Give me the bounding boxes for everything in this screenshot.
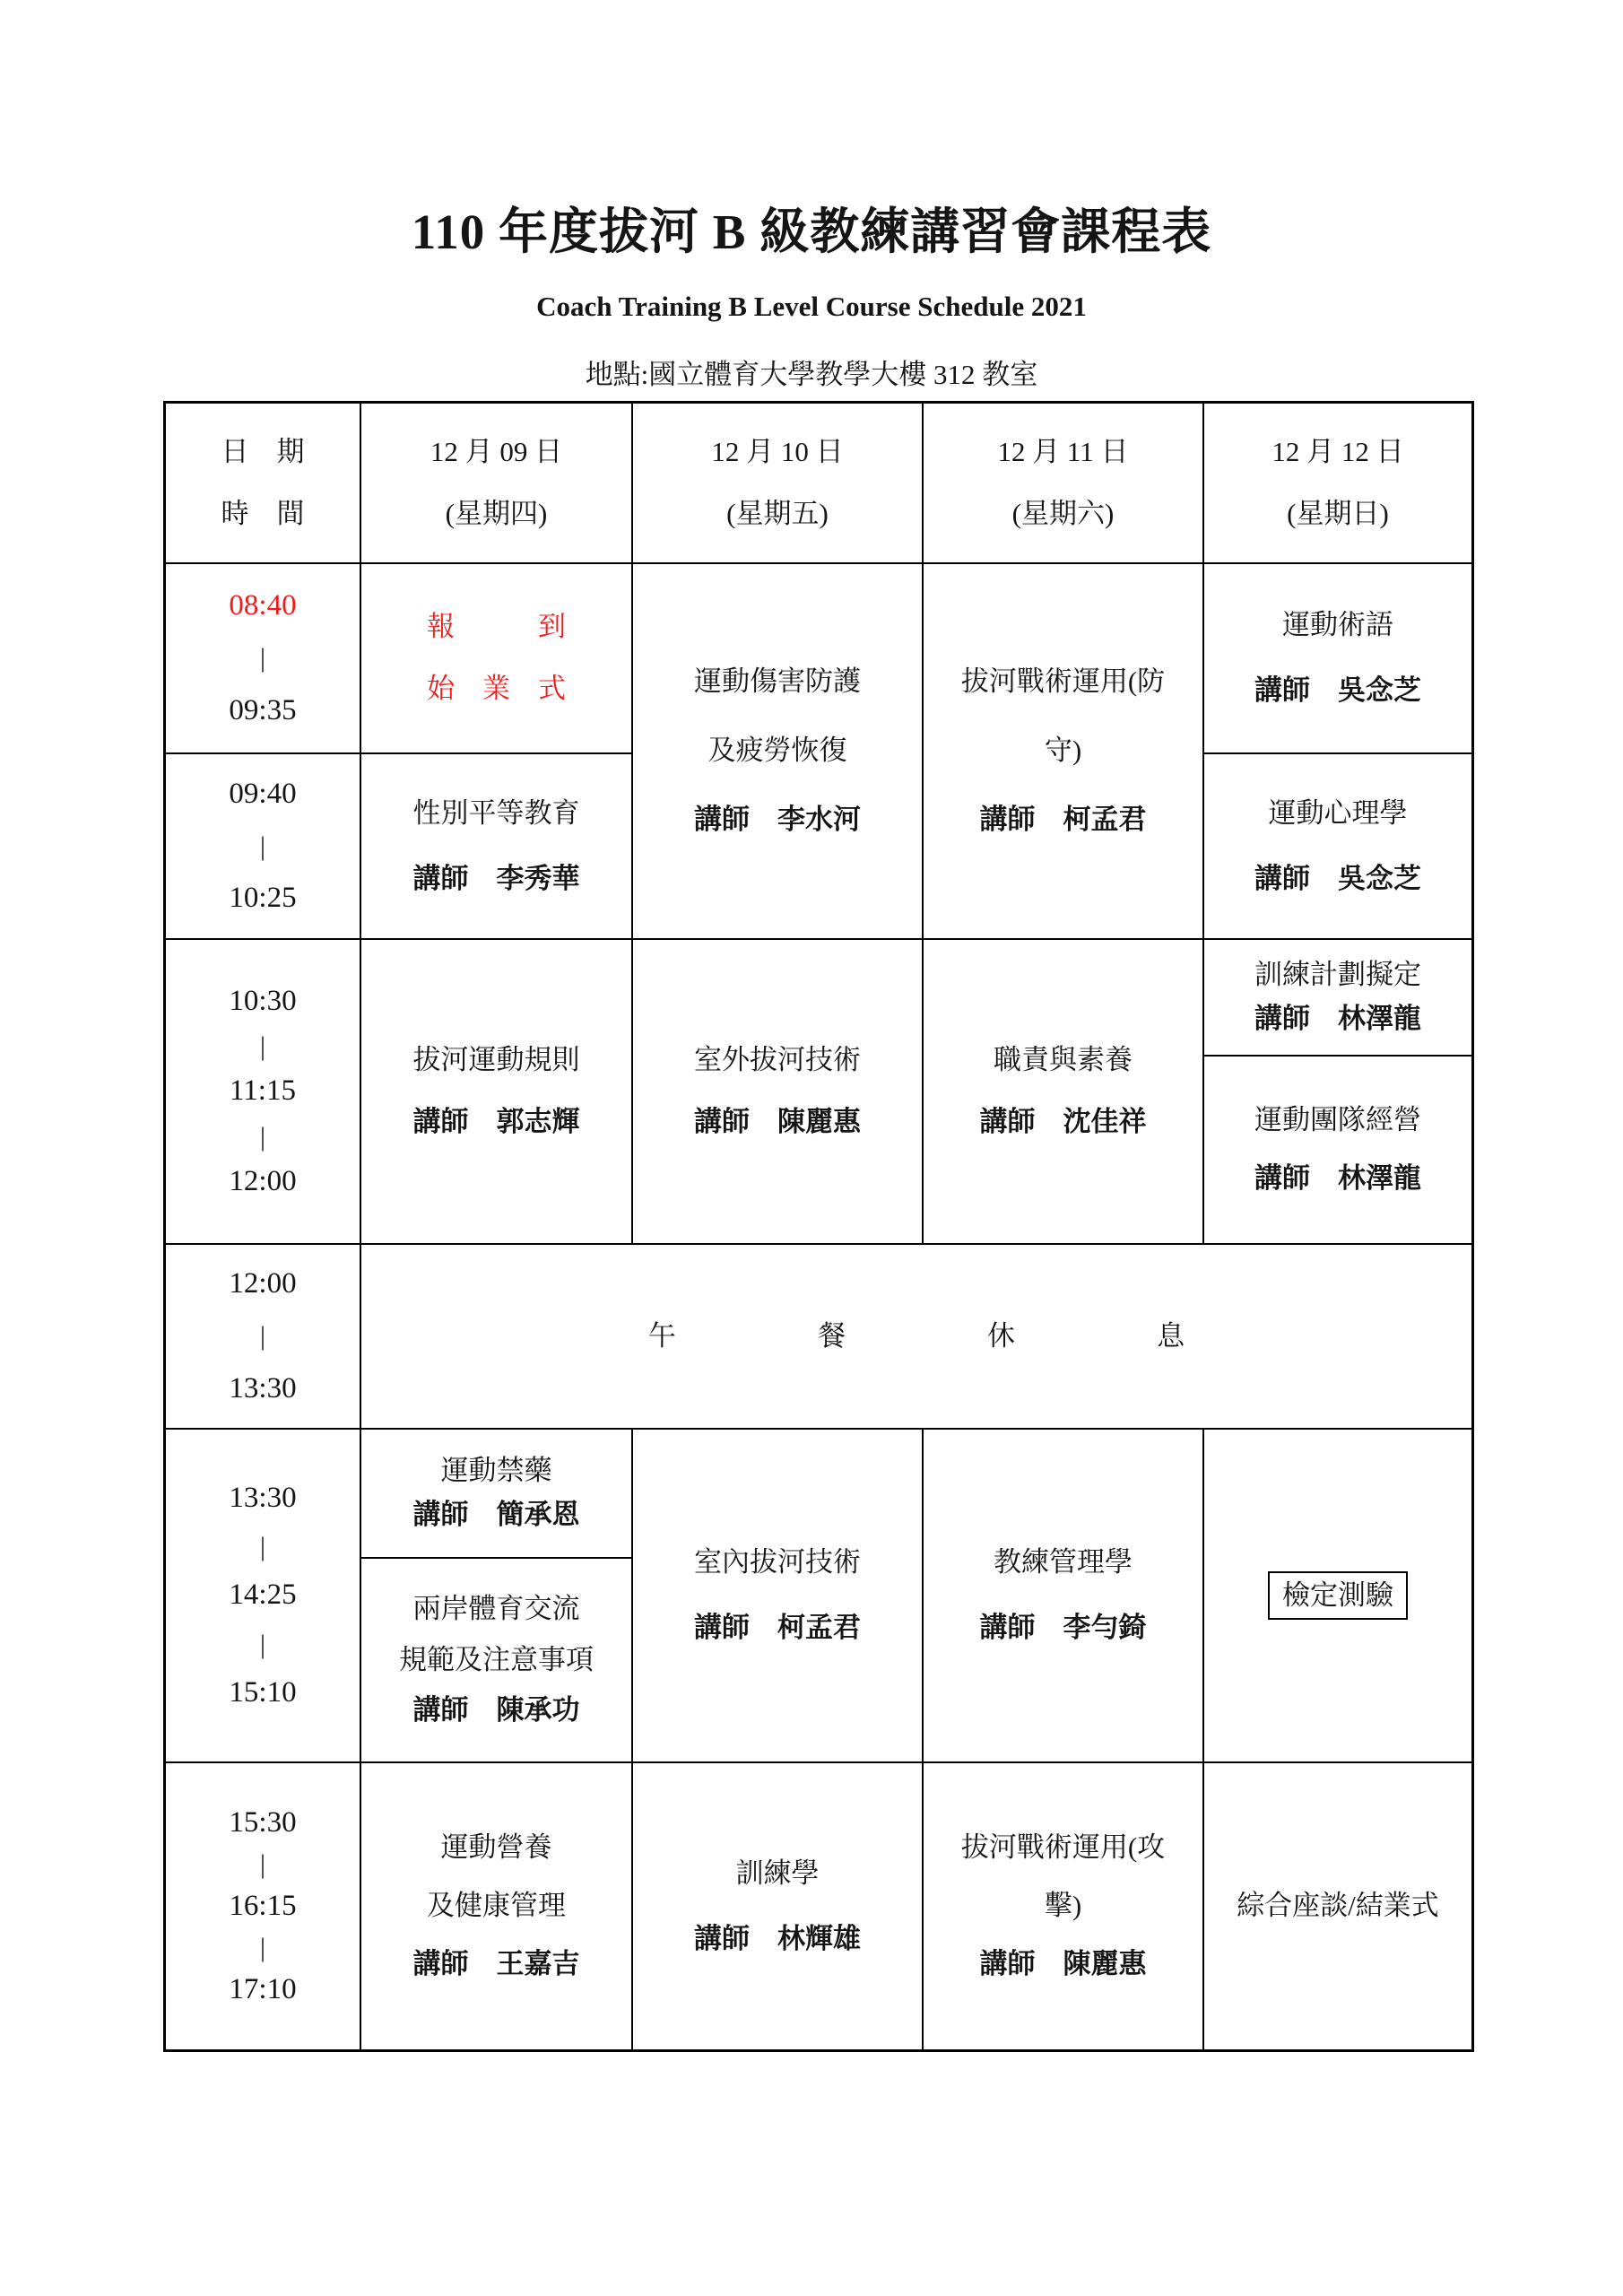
time-0840-0935: 08:40 | 09:35 bbox=[166, 564, 361, 754]
opening-ceremony-line: 始 業 式 bbox=[427, 672, 566, 707]
time-start: 13:30 bbox=[229, 1480, 296, 1517]
lecturer-name: 講師 吳念芝 bbox=[1254, 862, 1421, 897]
course-title: 守) bbox=[1045, 734, 1081, 769]
lecturer-name: 講師 林輝雄 bbox=[694, 1922, 861, 1957]
cell-lunch-break: 午餐休息 bbox=[361, 1245, 1471, 1430]
page-subtitle: Coach Training B Level Course Schedule 2… bbox=[0, 291, 1623, 323]
header-date-label: 日 期 bbox=[221, 435, 305, 470]
time-0940-1025: 09:40 | 10:25 bbox=[166, 754, 361, 940]
course-title: 室外拔河技術 bbox=[694, 1043, 861, 1078]
lecturer-name: 講師 李秀華 bbox=[413, 862, 580, 897]
time-separator-bar: | bbox=[260, 1934, 265, 1962]
header-day-weekday: (星期五) bbox=[726, 497, 829, 532]
certification-test-box: 檢定測驗 bbox=[1268, 1571, 1408, 1621]
course-title: 職責與素養 bbox=[994, 1043, 1133, 1078]
cell-sports-terminology: 運動術語 講師 吳念芝 bbox=[1204, 564, 1471, 754]
cell-indoor-technique: 室內拔河技術 講師 柯孟君 bbox=[633, 1430, 924, 1763]
course-title: 拔河戰術運用(防 bbox=[961, 665, 1165, 700]
lecturer-name: 講師 林澤龍 bbox=[1254, 1002, 1421, 1037]
time-separator-bar: | bbox=[260, 832, 265, 861]
time-1530-1710: 15:30 | 16:15 | 17:10 bbox=[166, 1763, 361, 2049]
closing-ceremony-label: 綜合座談/結業式 bbox=[1237, 1889, 1439, 1924]
schedule-table: 日 期 時 間 12 月 09 日 (星期四) 12 月 10 日 (星期五) … bbox=[163, 401, 1474, 2052]
cell-coach-management: 教練管理學 講師 李勻錡 bbox=[924, 1430, 1204, 1763]
header-day-dec10: 12 月 10 日 (星期五) bbox=[633, 404, 924, 564]
course-title: 擊) bbox=[1045, 1889, 1081, 1924]
lunch-break-label: 午餐休息 bbox=[507, 1319, 1327, 1354]
course-title: 運動心理學 bbox=[1269, 796, 1408, 831]
time-start: 10:30 bbox=[229, 983, 296, 1020]
lecturer-name: 講師 郭志輝 bbox=[413, 1105, 580, 1140]
time-separator-bar: | bbox=[260, 644, 265, 673]
cell-sports-injury: 運動傷害防護 及疲勞恢復 講師 李水河 bbox=[633, 564, 924, 940]
lecturer-name: 講師 陳麗惠 bbox=[694, 1105, 861, 1140]
cell-sports-nutrition: 運動營養 及健康管理 講師 王嘉吉 bbox=[361, 1763, 633, 2049]
header-day-date: 12 月 10 日 bbox=[711, 435, 843, 470]
cell-outdoor-technique: 室外拔河技術 講師 陳麗惠 bbox=[633, 940, 924, 1245]
time-mid: 14:25 bbox=[229, 1577, 296, 1613]
cell-sports-psychology: 運動心理學 講師 吳念芝 bbox=[1204, 754, 1471, 940]
time-separator-bar: | bbox=[260, 1533, 265, 1561]
cell-tug-of-war-rules: 拔河運動規則 講師 郭志輝 bbox=[361, 940, 633, 1245]
lecturer-name: 講師 李水河 bbox=[694, 803, 861, 838]
header-date-time: 日 期 時 間 bbox=[166, 404, 361, 564]
course-title: 性別平等教育 bbox=[413, 796, 580, 831]
time-end: 12:00 bbox=[229, 1163, 296, 1200]
cell-anti-doping: 運動禁藥 講師 簡承恩 bbox=[361, 1430, 633, 1559]
header-day-dec12: 12 月 12 日 (星期日) bbox=[1204, 404, 1471, 564]
cell-duty-competence: 職責與素養 講師 沈佳祥 bbox=[924, 940, 1204, 1245]
time-1200-1330: 12:00 | 13:30 bbox=[166, 1245, 361, 1430]
lecturer-name: 講師 王嘉吉 bbox=[413, 1947, 580, 1982]
course-title: 拔河運動規則 bbox=[413, 1043, 580, 1078]
time-start: 09:40 bbox=[229, 776, 296, 813]
course-title: 拔河戰術運用(攻 bbox=[961, 1831, 1165, 1865]
header-day-dec11: 12 月 11 日 (星期六) bbox=[924, 404, 1204, 564]
course-title: 訓練計劃擬定 bbox=[1254, 958, 1421, 993]
page-title: 110 年度拔河 B 級教練講習會課程表 bbox=[0, 192, 1623, 263]
course-title: 及疲勞恢復 bbox=[708, 734, 847, 769]
cell-tactics-attack: 拔河戰術運用(攻 擊) 講師 陳麗惠 bbox=[924, 1763, 1204, 2049]
course-title: 訓練學 bbox=[736, 1857, 820, 1892]
time-end: 09:35 bbox=[229, 692, 296, 729]
lecturer-name: 講師 陳承功 bbox=[413, 1693, 580, 1728]
time-separator-bar: | bbox=[260, 1322, 265, 1351]
time-mid: 16:15 bbox=[229, 1888, 296, 1925]
time-end: 10:25 bbox=[229, 880, 296, 917]
course-title: 兩岸體育交流 bbox=[413, 1592, 580, 1627]
time-separator-bar: | bbox=[260, 1032, 265, 1061]
cell-closing-ceremony: 綜合座談/結業式 bbox=[1204, 1763, 1471, 2049]
time-end: 13:30 bbox=[229, 1370, 296, 1407]
lecturer-name: 講師 李勻錡 bbox=[980, 1611, 1147, 1646]
header-day-date: 12 月 09 日 bbox=[430, 435, 562, 470]
course-title: 運動團隊經營 bbox=[1254, 1103, 1421, 1138]
header-day-dec09: 12 月 09 日 (星期四) bbox=[361, 404, 633, 564]
course-title: 運動營養 bbox=[441, 1831, 552, 1865]
time-1030-1200: 10:30 | 11:15 | 12:00 bbox=[166, 940, 361, 1245]
time-1330-1510: 13:30 | 14:25 | 15:10 bbox=[166, 1430, 361, 1763]
header-day-date: 12 月 12 日 bbox=[1271, 435, 1403, 470]
location-line: 地點:國立體育大學教學大樓 312 教室 bbox=[0, 352, 1623, 392]
lecturer-name: 講師 沈佳祥 bbox=[980, 1105, 1147, 1140]
time-start: 08:40 bbox=[229, 587, 296, 624]
time-end: 17:10 bbox=[229, 1971, 296, 2008]
course-title: 運動傷害防護 bbox=[694, 665, 861, 700]
checkin-line: 報 到 bbox=[427, 610, 566, 645]
header-day-weekday: (星期六) bbox=[1012, 497, 1115, 532]
course-title: 運動禁藥 bbox=[441, 1454, 552, 1489]
time-start: 12:00 bbox=[229, 1265, 296, 1302]
cell-cross-strait-exchange: 兩岸體育交流 規範及注意事項 講師 陳承功 bbox=[361, 1559, 633, 1763]
header-day-weekday: (星期日) bbox=[1287, 497, 1389, 532]
time-mid: 11:15 bbox=[230, 1073, 296, 1109]
header-day-weekday: (星期四) bbox=[446, 497, 548, 532]
lecturer-name: 講師 陳麗惠 bbox=[980, 1947, 1147, 1982]
header-day-date: 12 月 11 日 bbox=[997, 435, 1128, 470]
time-end: 15:10 bbox=[229, 1674, 296, 1711]
lecturer-name: 講師 林澤龍 bbox=[1254, 1161, 1421, 1196]
lecturer-name: 講師 簡承恩 bbox=[413, 1498, 580, 1533]
cell-team-management: 運動團隊經營 講師 林澤龍 bbox=[1204, 1057, 1471, 1245]
cell-tactics-defense: 拔河戰術運用(防 守) 講師 柯孟君 bbox=[924, 564, 1204, 940]
course-title: 運動術語 bbox=[1282, 608, 1393, 643]
header-time-label: 時 間 bbox=[221, 497, 305, 532]
course-title: 教練管理學 bbox=[994, 1545, 1133, 1580]
course-title: 及健康管理 bbox=[427, 1889, 566, 1924]
cell-gender-equality: 性別平等教育 講師 李秀華 bbox=[361, 754, 633, 940]
time-separator-bar: | bbox=[260, 1123, 265, 1152]
cell-training-planning: 訓練計劃擬定 講師 林澤龍 bbox=[1204, 940, 1471, 1057]
time-start: 15:30 bbox=[229, 1805, 296, 1841]
cell-training-science: 訓練學 講師 林輝雄 bbox=[633, 1763, 924, 2049]
lecturer-name: 講師 吳念芝 bbox=[1254, 674, 1421, 709]
time-separator-bar: | bbox=[260, 1850, 265, 1879]
cell-certification-test: 檢定測驗 bbox=[1204, 1430, 1471, 1763]
time-separator-bar: | bbox=[260, 1631, 265, 1659]
cell-checkin-opening: 報 到 始 業 式 bbox=[361, 564, 633, 754]
lecturer-name: 講師 柯孟君 bbox=[694, 1611, 861, 1646]
course-title: 室內拔河技術 bbox=[694, 1545, 861, 1580]
course-title: 規範及注意事項 bbox=[399, 1643, 594, 1678]
lecturer-name: 講師 柯孟君 bbox=[980, 803, 1147, 838]
